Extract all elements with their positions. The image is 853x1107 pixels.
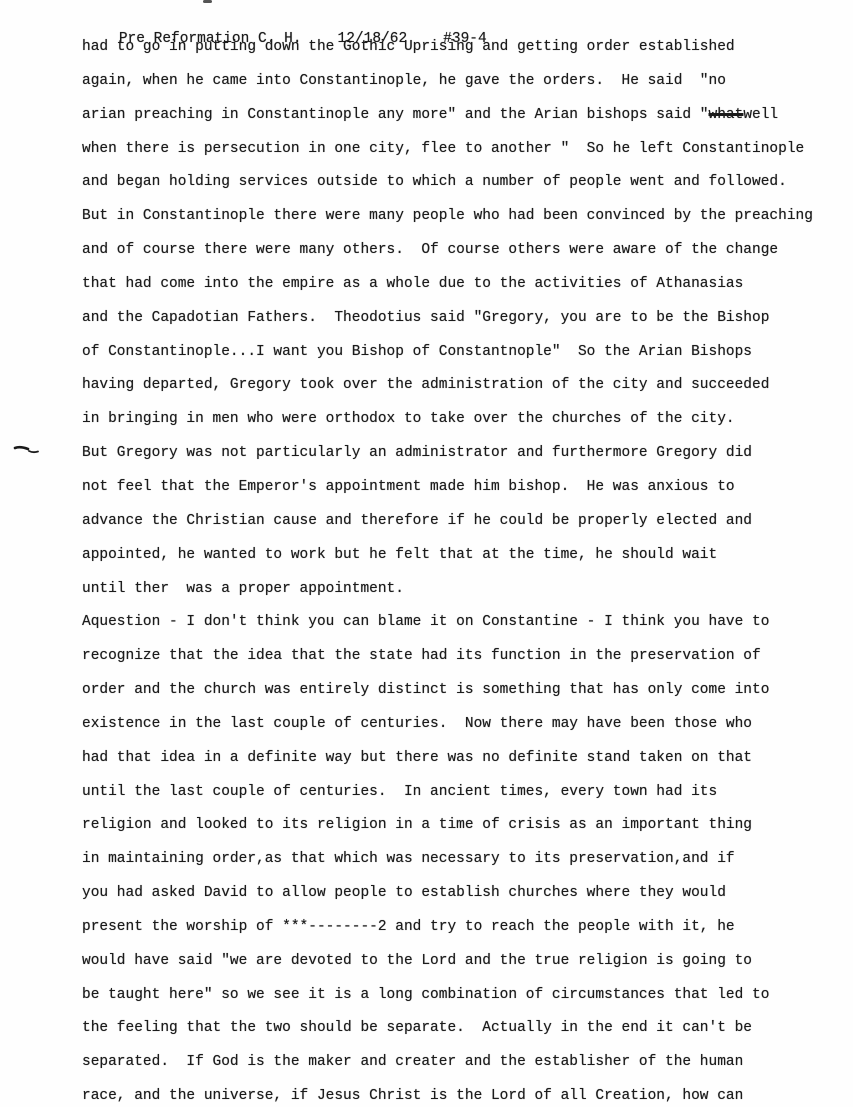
- overstruck-text: what: [709, 107, 744, 123]
- text-line: present the worship of ***--------2 and …: [82, 911, 842, 945]
- text-line: Aquestion - I don't think you can blame …: [82, 606, 842, 640]
- text-line: and the Capadotian Fathers. Theodotius s…: [82, 302, 842, 336]
- line-text: separated. If God is the maker and creat…: [82, 1054, 743, 1070]
- line-text: in bringing in men who were orthodox to …: [82, 411, 735, 427]
- line-text: had that idea in a definite way but ther…: [82, 750, 752, 766]
- line-text: having departed, Gregory took over the a…: [82, 377, 769, 393]
- line-text: not feel that the Emperor's appointment …: [82, 479, 735, 495]
- line-text: But in Constantinople there were many pe…: [82, 208, 813, 224]
- line-text: race, and the universe, if Jesus Christ …: [82, 1088, 743, 1104]
- text-line: religion and looked to its religion in a…: [82, 809, 842, 843]
- line-text: of Constantinople...I want you Bishop of…: [82, 344, 752, 360]
- line-text: and began holding services outside to wh…: [82, 174, 787, 190]
- line-text: advance the Christian cause and therefor…: [82, 513, 752, 529]
- line-text: in maintaining order,as that which was n…: [82, 851, 735, 867]
- line-text: that had come into the empire as a whole…: [82, 276, 743, 292]
- line-text: when there is persecution in one city, f…: [82, 141, 804, 157]
- document-body: had to go in putting down the Gothic Upr…: [82, 31, 842, 1107]
- line-text: and of course there were many others. Of…: [82, 242, 778, 258]
- line-text: existence in the last couple of centurie…: [82, 716, 752, 732]
- line-text: until ther was a proper appointment.: [82, 581, 404, 597]
- text-line: until the last couple of centuries. In a…: [82, 776, 842, 810]
- text-line: again, when he came into Constantinople,…: [82, 65, 842, 99]
- line-text: recognize that the idea that the state h…: [82, 648, 761, 664]
- text-line: separated. If God is the maker and creat…: [82, 1046, 842, 1080]
- line-text: again, when he came into Constantinople,…: [82, 73, 726, 89]
- text-line: and began holding services outside to wh…: [82, 166, 842, 200]
- text-line: having departed, Gregory took over the a…: [82, 369, 842, 403]
- text-line: be taught here" so we see it is a long c…: [82, 979, 842, 1013]
- text-line: advance the Christian cause and therefor…: [82, 505, 842, 539]
- line-text: well: [743, 107, 778, 123]
- typewritten-page: Pre Reformation C. H.12/18/62#39-4 had t…: [0, 0, 853, 1107]
- line-text: present the worship of ***--------2 and …: [82, 919, 735, 935]
- line-text: the feeling that the two should be separ…: [82, 1020, 752, 1036]
- text-line: and of course there were many others. Of…: [82, 234, 842, 268]
- text-line: you had asked David to allow people to e…: [82, 877, 842, 911]
- text-line: not feel that the Emperor's appointment …: [82, 471, 842, 505]
- text-line: in bringing in men who were orthodox to …: [82, 403, 842, 437]
- text-line: had to go in putting down the Gothic Upr…: [82, 31, 842, 65]
- text-line: the feeling that the two should be separ…: [82, 1012, 842, 1046]
- line-text: Aquestion - I don't think you can blame …: [82, 614, 769, 630]
- text-line: that had come into the empire as a whole…: [82, 268, 842, 302]
- text-line: appointed, he wanted to work but he felt…: [82, 539, 842, 573]
- line-text: until the last couple of centuries. In a…: [82, 784, 717, 800]
- text-line: arian preaching in Constantinople any mo…: [82, 99, 842, 133]
- line-text: and the Capadotian Fathers. Theodotius s…: [82, 310, 769, 326]
- text-line: existence in the last couple of centurie…: [82, 708, 842, 742]
- ink-smudge: [203, 0, 212, 3]
- line-text: But Gregory was not particularly an admi…: [82, 445, 752, 461]
- line-text: appointed, he wanted to work but he felt…: [82, 547, 717, 563]
- text-line: recognize that the idea that the state h…: [82, 640, 842, 674]
- text-line: of Constantinople...I want you Bishop of…: [82, 336, 842, 370]
- line-text: you had asked David to allow people to e…: [82, 885, 726, 901]
- text-line: But Gregory was not particularly an admi…: [82, 437, 842, 471]
- line-text: arian preaching in Constantinople any mo…: [82, 107, 709, 123]
- text-line: when there is persecution in one city, f…: [82, 133, 842, 167]
- line-text: order and the church was entirely distin…: [82, 682, 769, 698]
- line-text: be taught here" so we see it is a long c…: [82, 987, 769, 1003]
- line-text: religion and looked to its religion in a…: [82, 817, 752, 833]
- text-line: until ther was a proper appointment.: [82, 573, 842, 607]
- line-text: had to go in putting down the Gothic Upr…: [82, 39, 735, 55]
- margin-pen-mark: [12, 442, 46, 463]
- line-text: would have said "we are devoted to the L…: [82, 953, 752, 969]
- text-line: order and the church was entirely distin…: [82, 674, 842, 708]
- text-line: race, and the universe, if Jesus Christ …: [82, 1080, 842, 1107]
- text-line: in maintaining order,as that which was n…: [82, 843, 842, 877]
- text-line: had that idea in a definite way but ther…: [82, 742, 842, 776]
- text-line: But in Constantinople there were many pe…: [82, 200, 842, 234]
- text-line: would have said "we are devoted to the L…: [82, 945, 842, 979]
